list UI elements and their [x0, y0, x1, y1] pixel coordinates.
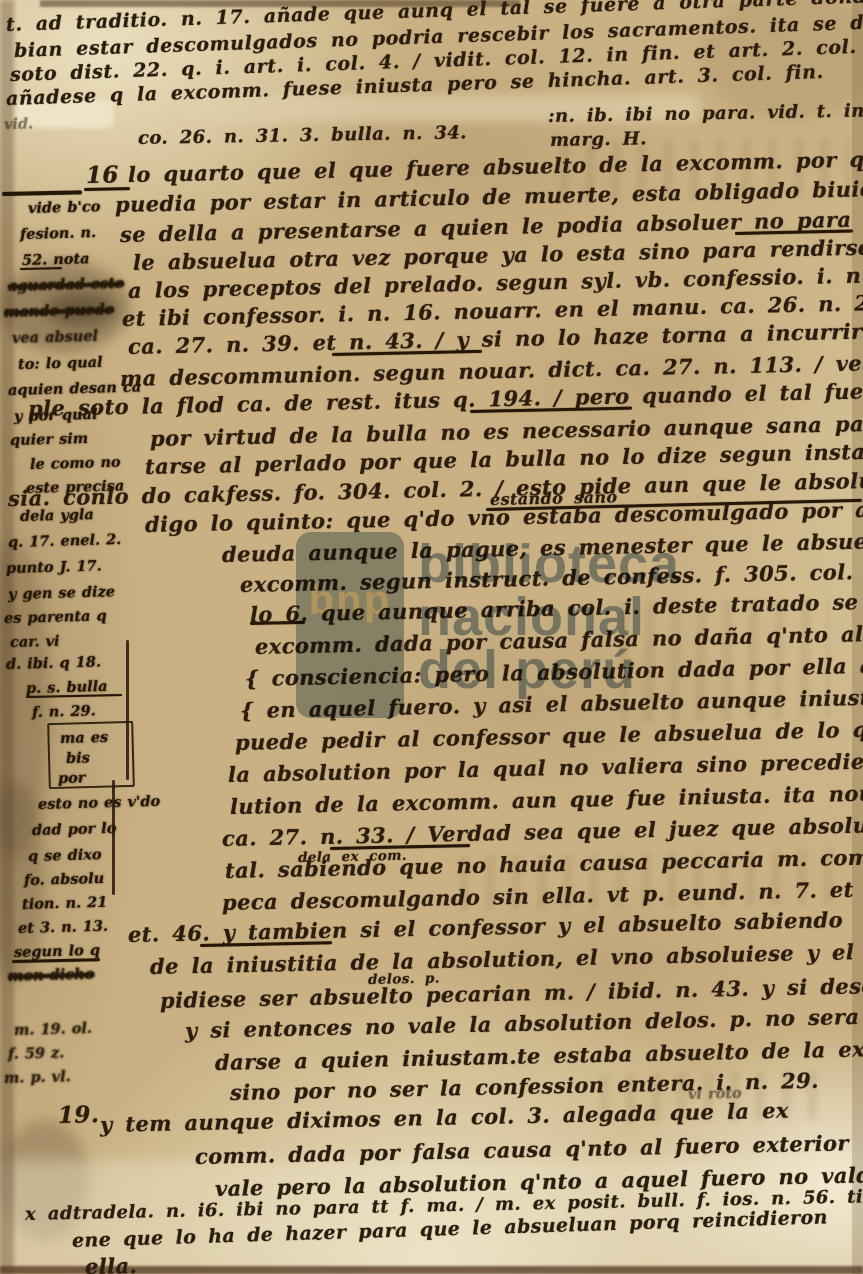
margin-note: y gen se dize	[8, 583, 115, 603]
ink-stroke	[112, 780, 115, 895]
margin-note: por	[58, 769, 86, 787]
margin-note: f. 59 z.	[8, 1045, 65, 1063]
margin-note: esto no es v'do	[38, 793, 161, 813]
watermark-text: biblioteca nacional del perú	[418, 538, 680, 697]
margin-note: m. 19. ol.	[14, 1020, 92, 1039]
reference-note: marg. H.	[550, 128, 647, 151]
ink-stroke	[2, 190, 82, 195]
margin-note: fo. absolu	[24, 870, 105, 889]
handwriting-line: ella.	[85, 1253, 138, 1274]
margin-note: ma es	[60, 729, 109, 747]
margin-note: vid.	[4, 115, 34, 133]
margin-note: mande puede	[4, 301, 114, 321]
library-watermark: bnp biblioteca nacional del perú	[296, 528, 766, 723]
margin-note: dela ygla	[20, 506, 94, 525]
margin-note: punto J. 17.	[6, 557, 102, 576]
margin-note: d. ibi. q 18.	[6, 654, 101, 673]
margin-note: f. n. 29.	[32, 702, 96, 721]
watermark-line: nacional	[418, 591, 680, 644]
margin-note: vide b'co	[28, 198, 101, 217]
margin-note: to: lo qual	[18, 354, 103, 373]
margin-note: bis	[66, 749, 90, 767]
margin-note: m. p. vl.	[4, 1068, 71, 1087]
margin-note: aquien desan ca	[8, 379, 142, 399]
ink-stroke	[84, 187, 130, 191]
section-number-19: 19.	[58, 1101, 100, 1129]
bnp-logo-text: bnp	[309, 576, 392, 624]
reference-note: :n. ib. ibi no para. vid. t. in	[548, 100, 863, 127]
margin-note: et 3. n. 13.	[18, 918, 108, 937]
margin-note: q se dixo	[28, 846, 102, 865]
section-number-16: 16	[86, 161, 119, 189]
bnp-logo: bnp	[296, 532, 404, 718]
margin-note: aguardad este	[8, 275, 125, 295]
margin-note: dad por lo	[32, 820, 117, 839]
handwriting-line: y tem aunque diximos en la col. 3. alega…	[100, 1098, 789, 1137]
margin-note: este precisa	[26, 477, 125, 497]
ink-stroke	[126, 640, 129, 780]
margin-note: le como no	[30, 454, 121, 473]
reference-note: co. 26. n. 31. 3. bulla. n. 34.	[138, 122, 467, 149]
watermark-line: del perú	[418, 644, 680, 697]
ink-stroke	[12, 958, 100, 962]
margin-note: vea absuel	[12, 328, 98, 347]
margin-note: 52. nota	[22, 250, 90, 269]
margin-note: tion. n. 21	[22, 894, 108, 913]
margin-note: y por qual	[14, 406, 98, 425]
watermark-line: biblioteca	[418, 538, 680, 591]
margin-note: car. vi	[10, 633, 60, 651]
margin-note: mon dicho	[8, 966, 95, 985]
margin-note: fesion. n.	[20, 224, 96, 243]
manuscript-scan: t. ad traditio. n. 17. añade que aunq el…	[0, 0, 863, 1274]
margin-note: q. 17. enel. 2.	[8, 531, 122, 551]
margin-note: es parenta q	[4, 607, 107, 627]
